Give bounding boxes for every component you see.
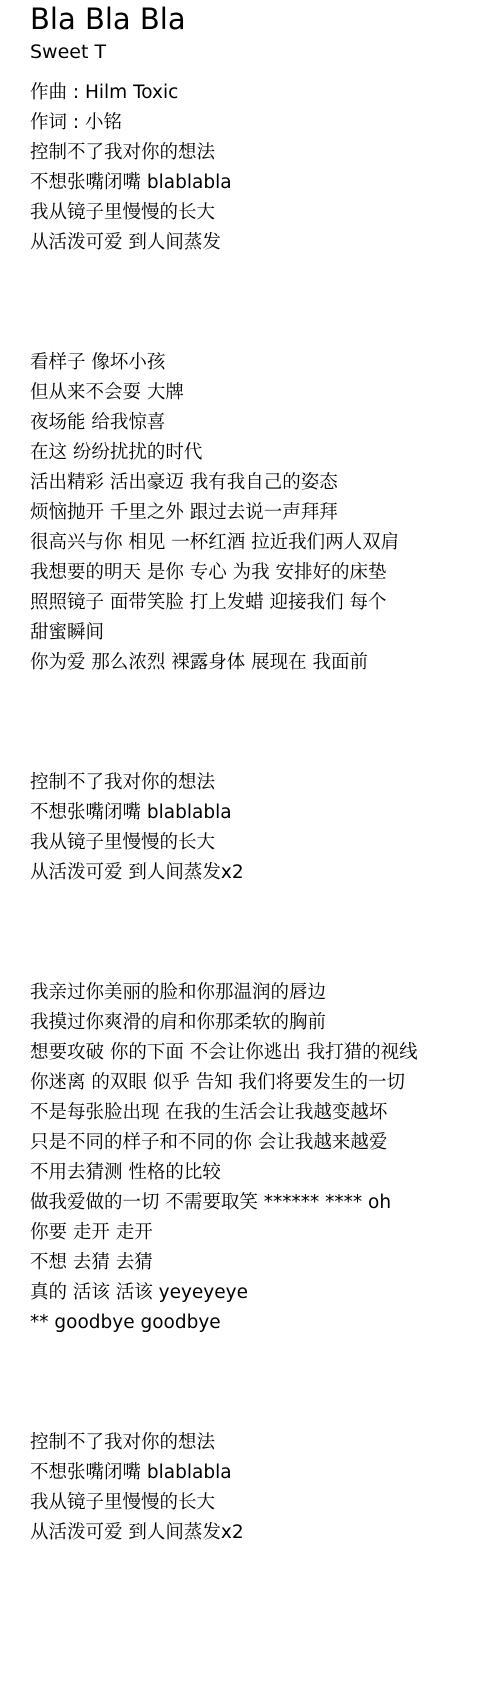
lyric-line: 你要 走开 走开 bbox=[30, 1218, 490, 1248]
blank-line bbox=[30, 678, 490, 708]
lyric-line: 照照镜子 面带笑脸 打上发蜡 迎接我们 每个 bbox=[30, 588, 490, 618]
lyric-line: 看样子 像坏小孩 bbox=[30, 348, 490, 378]
lyric-line: 不用去猜测 性格的比较 bbox=[30, 1158, 490, 1188]
blank-line bbox=[30, 1338, 490, 1368]
lyrics-body: 作曲 : Hilm Toxic作词 : 小铭控制不了我对你的想法不想张嘴闭嘴 b… bbox=[30, 78, 490, 1548]
blank-line bbox=[30, 258, 490, 288]
lyric-line: 甜蜜瞬间 bbox=[30, 618, 490, 648]
lyric-line: 你为爱 那么浓烈 裸露身体 展现在 我面前 bbox=[30, 648, 490, 678]
lyric-line: 不是每张脸出现 在我的生活会让我越变越坏 bbox=[30, 1098, 490, 1128]
blank-line bbox=[30, 1398, 490, 1428]
song-title: Bla Bla Bla bbox=[30, 0, 186, 38]
lyric-line: 从活泼可爱 到人间蒸发 bbox=[30, 228, 490, 258]
blank-line bbox=[30, 948, 490, 978]
lyric-line: 想要攻破 你的下面 不会让你逃出 我打猎的视线 bbox=[30, 1038, 490, 1068]
lyric-line: 不想张嘴闭嘴 blablabla bbox=[30, 168, 490, 198]
blank-line bbox=[30, 708, 490, 738]
lyric-line: 我想要的明天 是你 专心 为我 安排好的床垫 bbox=[30, 558, 490, 588]
lyric-line: 夜场能 给我惊喜 bbox=[30, 408, 490, 438]
lyric-line: 但从来不会耍 大牌 bbox=[30, 378, 490, 408]
lyric-line: 从活泼可爱 到人间蒸发x2 bbox=[30, 858, 490, 888]
lyric-line: 从活泼可爱 到人间蒸发x2 bbox=[30, 1518, 490, 1548]
blank-line bbox=[30, 918, 490, 948]
lyric-line: 控制不了我对你的想法 bbox=[30, 768, 490, 798]
lyric-line: 活出精彩 活出豪迈 我有我自己的姿态 bbox=[30, 468, 490, 498]
lyric-line: 你迷离 的双眼 似乎 告知 我们将要发生的一切 bbox=[30, 1068, 490, 1098]
lyric-line: 作曲 : Hilm Toxic bbox=[30, 78, 490, 108]
lyric-line: 我从镜子里慢慢的长大 bbox=[30, 1488, 490, 1518]
blank-line bbox=[30, 888, 490, 918]
blank-line bbox=[30, 1368, 490, 1398]
lyric-line: 在这 纷纷扰扰的时代 bbox=[30, 438, 490, 468]
artist-name: Sweet T bbox=[30, 39, 106, 65]
lyric-line: 我摸过你爽滑的肩和你那柔软的胸前 bbox=[30, 1008, 490, 1038]
lyric-line: 真的 活该 活该 yeyeyeye bbox=[30, 1278, 490, 1308]
lyric-line: 控制不了我对你的想法 bbox=[30, 138, 490, 168]
lyric-line: 不想张嘴闭嘴 blablabla bbox=[30, 1458, 490, 1488]
blank-line bbox=[30, 288, 490, 318]
lyric-line: 作词 : 小铭 bbox=[30, 108, 490, 138]
blank-line bbox=[30, 318, 490, 348]
lyric-line: 我从镜子里慢慢的长大 bbox=[30, 198, 490, 228]
lyric-line: 控制不了我对你的想法 bbox=[30, 1428, 490, 1458]
lyric-line: 很高兴与你 相见 一杯红酒 拉近我们两人双肩 bbox=[30, 528, 490, 558]
lyric-line: 不想 去猜 去猜 bbox=[30, 1248, 490, 1278]
blank-line bbox=[30, 738, 490, 768]
lyric-line: 做我爱做的一切 不需要取笑 ****** **** oh bbox=[30, 1188, 490, 1218]
lyric-line: 不想张嘴闭嘴 blablabla bbox=[30, 798, 490, 828]
lyric-line: ** goodbye goodbye bbox=[30, 1308, 490, 1338]
lyric-line: 我从镜子里慢慢的长大 bbox=[30, 828, 490, 858]
lyric-line: 只是不同的样子和不同的你 会让我越来越爱 bbox=[30, 1128, 490, 1158]
lyric-line: 烦恼抛开 千里之外 跟过去说一声拜拜 bbox=[30, 498, 490, 528]
lyric-line: 我亲过你美丽的脸和你那温润的唇边 bbox=[30, 978, 490, 1008]
